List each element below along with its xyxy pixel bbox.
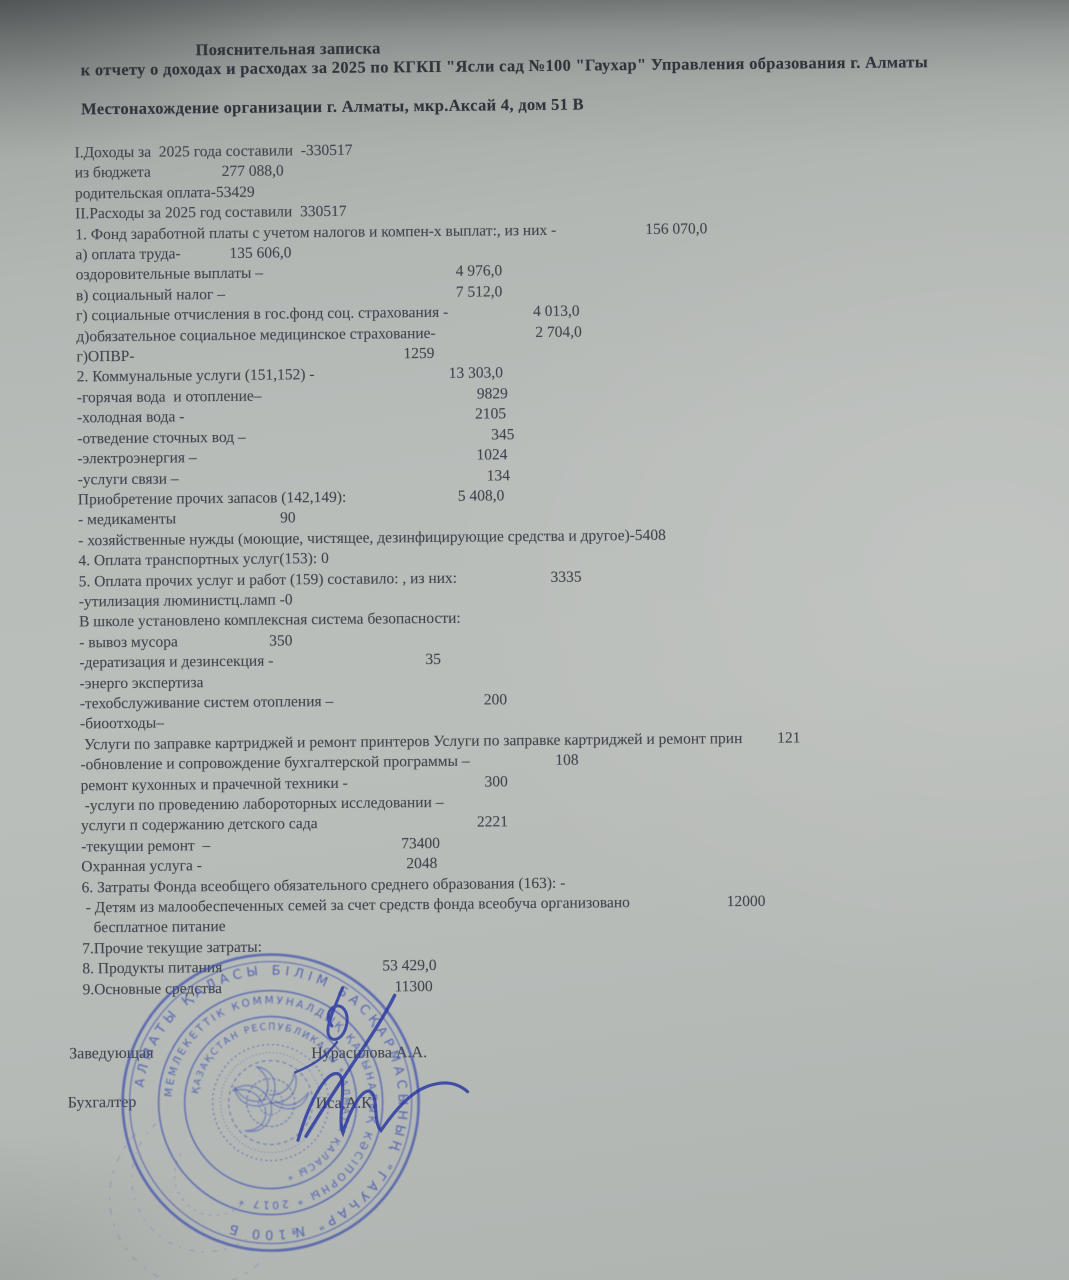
doc-line-text: -электроэнергия – <box>77 449 196 467</box>
report-lines: I.Доходы за 2025 года составили -330517и… <box>74 135 1022 1001</box>
doc-line-text: -обновление и сопровождение бухгалтерско… <box>80 753 469 774</box>
doc-line-text: бесплатное питание <box>82 918 226 936</box>
doc-line-text: ремонт кухонных и прачечной техники - <box>81 774 348 794</box>
doc-line-text: -услуги связи – <box>78 470 179 488</box>
paper-sheet: Пояснительная записка к отчету о доходах… <box>0 0 1069 1280</box>
doc-line-text: -дератизация и дезинсекция - <box>79 653 273 672</box>
doc-line-value: 73400 <box>401 835 440 853</box>
doc-line-text: - вывоз мусора <box>79 633 178 651</box>
doc-line-value: 2105 <box>475 406 506 424</box>
doc-line-text: 1. Фонд заработной платы с учетом налого… <box>75 221 556 243</box>
doc-line-value: 13 303,0 <box>449 365 503 384</box>
doc-line-text: -техобслуживание систем отопления – <box>80 693 334 712</box>
doc-line-text: -утилизация люминистц.ламп -0 <box>79 591 293 610</box>
doc-line-value: 12000 <box>727 893 766 911</box>
doc-line-text: -биоотходы– <box>80 715 164 733</box>
doc-line-text: д)обязательное социальное медицинское ст… <box>76 325 436 345</box>
doc-line-value: 277 088,0 <box>222 163 284 182</box>
doc-line-text: а) оплата труда- <box>75 245 180 263</box>
doc-line-text: I.Доходы за 2025 года составили -330517 <box>74 142 352 162</box>
doc-line-value: 300 <box>485 773 508 791</box>
doc-line-value: 135 606,0 <box>229 244 291 263</box>
doc-line-text: Охранная услуга - <box>81 857 202 875</box>
doc-line-value: 9829 <box>477 385 508 403</box>
doc-line-text: услуги п содержанию детского сада <box>81 816 318 835</box>
doc-line-value: 7 512,0 <box>456 283 503 301</box>
doc-line-value: 2221 <box>477 814 508 832</box>
doc-line-text: г) социальные отчисления в гос.фонд соц.… <box>76 304 448 325</box>
doc-line-value: 156 070,0 <box>645 220 707 239</box>
doc-line-value: 35 <box>425 651 441 669</box>
doc-line-text: Приобретение прочих запасов (142,149): <box>78 489 347 509</box>
doc-line-text: в) социальный налог – <box>76 286 225 304</box>
doc-line-text: г)ОПВР- <box>76 348 134 366</box>
doc-line-text: - медикаменты <box>78 511 176 529</box>
doc-line-value: 350 <box>269 632 292 650</box>
doc-line-text: 2. Коммунальные услуги (151,152) - <box>77 367 315 386</box>
doc-line-text: -услуги по проведению лабороторных иссле… <box>81 794 444 814</box>
doc-line-value: 200 <box>484 691 507 709</box>
doc-line-value: 4 976,0 <box>456 263 503 281</box>
doc-location: Местонахождение организации г. Алматы, м… <box>81 95 584 120</box>
doc-line-value: 90 <box>280 510 296 528</box>
doc-line-text: -энерго экспертиза <box>80 674 204 692</box>
doc-line-value: 4 013,0 <box>533 303 580 321</box>
doc-line-text: 6. Затраты Фонда всеобщего обязательного… <box>82 874 566 896</box>
official-stamp: АЛМАТЫ ҚАЛАСЫ БІЛІМ БАСҚАРМАСЫНЫҢ "ГАУҺА… <box>104 936 437 1280</box>
doc-line-value: 134 <box>487 467 510 485</box>
doc-line-value: 2 704,0 <box>535 323 582 341</box>
doc-line-text: из бюджета <box>75 164 151 182</box>
doc-line-value: 121 <box>777 729 800 747</box>
doc-line-text: 4. Оплата транспортных услуг(153): 0 <box>78 550 329 569</box>
doc-line-value: 2048 <box>406 855 437 873</box>
doc-line-value: 345 <box>491 426 514 444</box>
doc-line-text: -холодная вода - <box>77 409 184 427</box>
doc-line-text: -отведение сточных вод – <box>77 428 246 447</box>
doc-line-value: 1024 <box>476 446 507 464</box>
stamp-emblem <box>220 1052 321 1153</box>
doc-line-value: 3335 <box>551 568 582 586</box>
doc-line-text: II.Расходы за 2025 год составили 330517 <box>75 203 347 223</box>
doc-line-value: 1259 <box>403 345 434 363</box>
doc-line-text: оздоровительные выплаты – <box>76 265 263 284</box>
doc-line-text: В школе установлено комплексная система … <box>79 610 461 631</box>
doc-line-text: -текущии ремонт – <box>81 837 210 855</box>
doc-line-value: 5 408,0 <box>458 487 505 505</box>
document-photo: Пояснительная записка к отчету о доходах… <box>0 0 1069 1280</box>
doc-line-text: родительская оплата-53429 <box>75 183 255 202</box>
doc-line-text: -горячая вода и отопление– <box>77 387 262 406</box>
doc-line-value: 108 <box>555 752 578 770</box>
doc-line-text: 5. Оплата прочих услуг и работ (159) сос… <box>79 569 458 590</box>
